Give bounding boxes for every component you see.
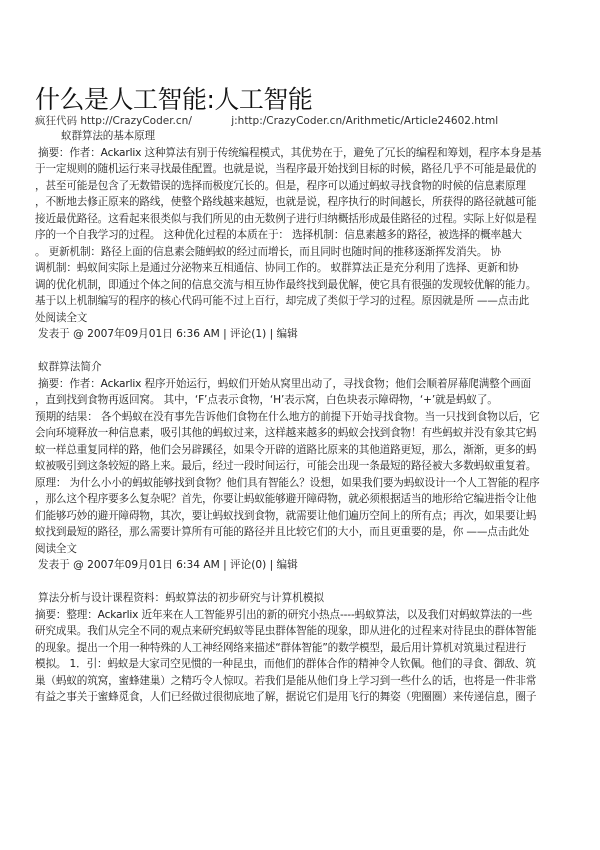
post-summary-line: 摘要：作者：Ackarlix 程序开始运行，蚂蚁们开始从窝里出动了，寻找食物；他… (35, 376, 570, 393)
comments-link[interactable]: 评论(1) (230, 328, 266, 340)
post-summary-line: 蚁一样总重复同样的路，他们会另辟蹊径，如果令开辟的道路比原来的其他道路更短，那么… (35, 442, 570, 459)
post-summary-line: 调机制：蚂蚁间实际上是通过分泌物来互相通信、协同工作的。 蚁群算法正是充分利用了… (35, 260, 570, 277)
edit-link[interactable]: 编辑 (277, 559, 298, 571)
post: 蚁群算法简介 摘要：作者：Ackarlix 程序开始运行，蚂蚁们开始从窝里出动了… (35, 359, 570, 574)
post: 算法分析与设计课程资料：蚂蚁算法的初步研究与计算机模拟 摘要：整理：Ackarl… (35, 590, 570, 706)
post-summary-line: ，那么这个程序要多么复杂呢？首先，你要让蚂蚁能够避开障碍物，就必须根据适当的地形… (35, 491, 570, 508)
post-summary-line: 有益之事关于蜜蜂觅食，人们已经做过很彻底地了解，据说它们是用飞行的舞姿（兜圈圈）… (35, 689, 570, 706)
post-title[interactable]: 算法分析与设计课程资料：蚂蚁算法的初步研究与计算机模拟 (35, 590, 570, 607)
post-meta: 发表于 @ 2007年09月01日 6:36 AM | 评论(1) | 编辑 (35, 326, 570, 343)
edit-link[interactable]: 编辑 (277, 328, 298, 340)
post-summary-line: 调的优化机制，即通过个体之间的信息交流与相互协作最终找到最优解，使它具有很强的发… (35, 277, 570, 294)
post-summary-line: 。 更新机制：路径上面的信息素会随蚂蚁的经过而增长，而且同时也随时间的推移逐渐挥… (35, 244, 570, 261)
comments-link[interactable]: 评论(0) (230, 559, 266, 571)
post-meta: 发表于 @ 2007年09月01日 6:34 AM | 评论(0) | 编辑 (35, 557, 570, 574)
article-page: 什么是人工智能:人工智能 疯狂代码 http://CrazyCoder.cn/ … (35, 86, 570, 706)
post-title[interactable]: 蚁群算法的基本原理 (35, 128, 570, 145)
post-summary-line: 序的一个自我学习的过程。 这种优化过程的本质在于： 选择机制：信息素越多的路径，… (35, 227, 570, 244)
post-summary-line: 原理： 为什么小小的蚂蚁能够找到食物？他们具有智能么？设想，如果我们要为蚂蚁设计… (35, 475, 570, 492)
post-summary-line: ，直到找到食物再返回窝。 其中，‘F’点表示食物，‘H’表示窝，白色块表示障碍物… (35, 392, 570, 409)
post-summary-line: 巢（蚂蚁的筑窝，蜜蜂建巢）之精巧令人惊叹。若我们是能从他们身上学习到一些什么的话… (35, 673, 570, 690)
read-more-link[interactable]: 阅读全文 (35, 541, 570, 558)
read-more-link[interactable]: 处阅读全文 (35, 310, 570, 327)
meta-separator: | (266, 559, 276, 571)
post-date: 发表于 @ 2007年09月01日 6:36 AM | (38, 328, 230, 340)
source-url-link[interactable]: http://CrazyCoder.cn/ (80, 115, 192, 127)
post-summary-line: 蚁被吸引到这条较短的路上来。最后，经过一段时间运行，可能会出现一条最短的路径被大… (35, 458, 570, 475)
article-url-link[interactable]: j:http:/CrazyCoder.cn/Arithmetic/Article… (231, 115, 498, 127)
post-summary-line: 于一定规则的随机运行来寻找最佳配置。也就是说，当程序最开始找到目标的时候，路径几… (35, 161, 570, 178)
spacer (35, 574, 570, 591)
post-title[interactable]: 蚁群算法简介 (35, 359, 570, 376)
post-summary-line: 模拟。 1．引：蚂蚁是大家司空见惯的一种昆虫，而他们的群体合作的精神令人钦佩。他… (35, 656, 570, 673)
post-summary-line: 们能够巧妙的避开障碍物，其次，要让蚂蚁找到食物，就需要让他们遍历空间上的所有点；… (35, 508, 570, 525)
post-summary-line: 摘要：整理：Ackarlix 近年来在人工智能界引出的新的研究小热点----蚂蚁… (35, 607, 570, 624)
post-summary-line: ，不断地去修正原来的路线，使整个路线越来越短，也就是说，程序执行的时间越长，所获… (35, 194, 570, 211)
source-line: 疯狂代码 http://CrazyCoder.cn/ j:http:/Crazy… (35, 114, 570, 128)
page-title: 什么是人工智能:人工智能 (35, 86, 570, 114)
meta-separator: | (266, 328, 276, 340)
post-date: 发表于 @ 2007年09月01日 6:34 AM | (38, 559, 230, 571)
post: 蚁群算法的基本原理 摘要：作者：Ackarlix 这种算法有别于传统编程模式，其… (35, 128, 570, 343)
post-summary-line: 接近最优路径。这看起来很类似与我们所见的由无数例子进行归纳概括形成最佳路径的过程… (35, 211, 570, 228)
post-summary-line: 摘要：作者：Ackarlix 这种算法有别于传统编程模式，其优势在于，避免了冗长… (35, 145, 570, 162)
post-summary-line: 研究成果。我们从完全不同的观点来研究蚂蚁等昆虫群体智能的现象，即从进化的过程来对… (35, 623, 570, 640)
post-summary-line: 的现象。提出一个用一种特殊的人工神经网络来描述“群体智能”的数学模型，最后用计算… (35, 640, 570, 657)
source-name: 疯狂代码 (35, 115, 77, 127)
read-more-link[interactable]: 蚁找到最短的路径，那么需要计算所有可能的路径并且比较它们的大小，而且更重要的是，… (35, 524, 570, 541)
read-more-link[interactable]: 基于以上机制编写的程序的核心代码可能不过上百行，却完成了类似于学习的过程。原因就… (35, 293, 570, 310)
spacer (35, 343, 570, 360)
post-summary-line: 会向环境释放一种信息素，吸引其他的蚂蚁过来，这样越来越多的蚂蚁会找到食物！有些蚂… (35, 425, 570, 442)
post-summary-line: ，甚至可能是包含了无数错误的选择而极度冗长的。但是，程序可以通过蚂蚁寻找食物的时… (35, 178, 570, 195)
post-summary-line: 预期的结果： 各个蚂蚁在没有事先告诉他们食物在什么地方的前提下开始寻找食物。当一… (35, 409, 570, 426)
